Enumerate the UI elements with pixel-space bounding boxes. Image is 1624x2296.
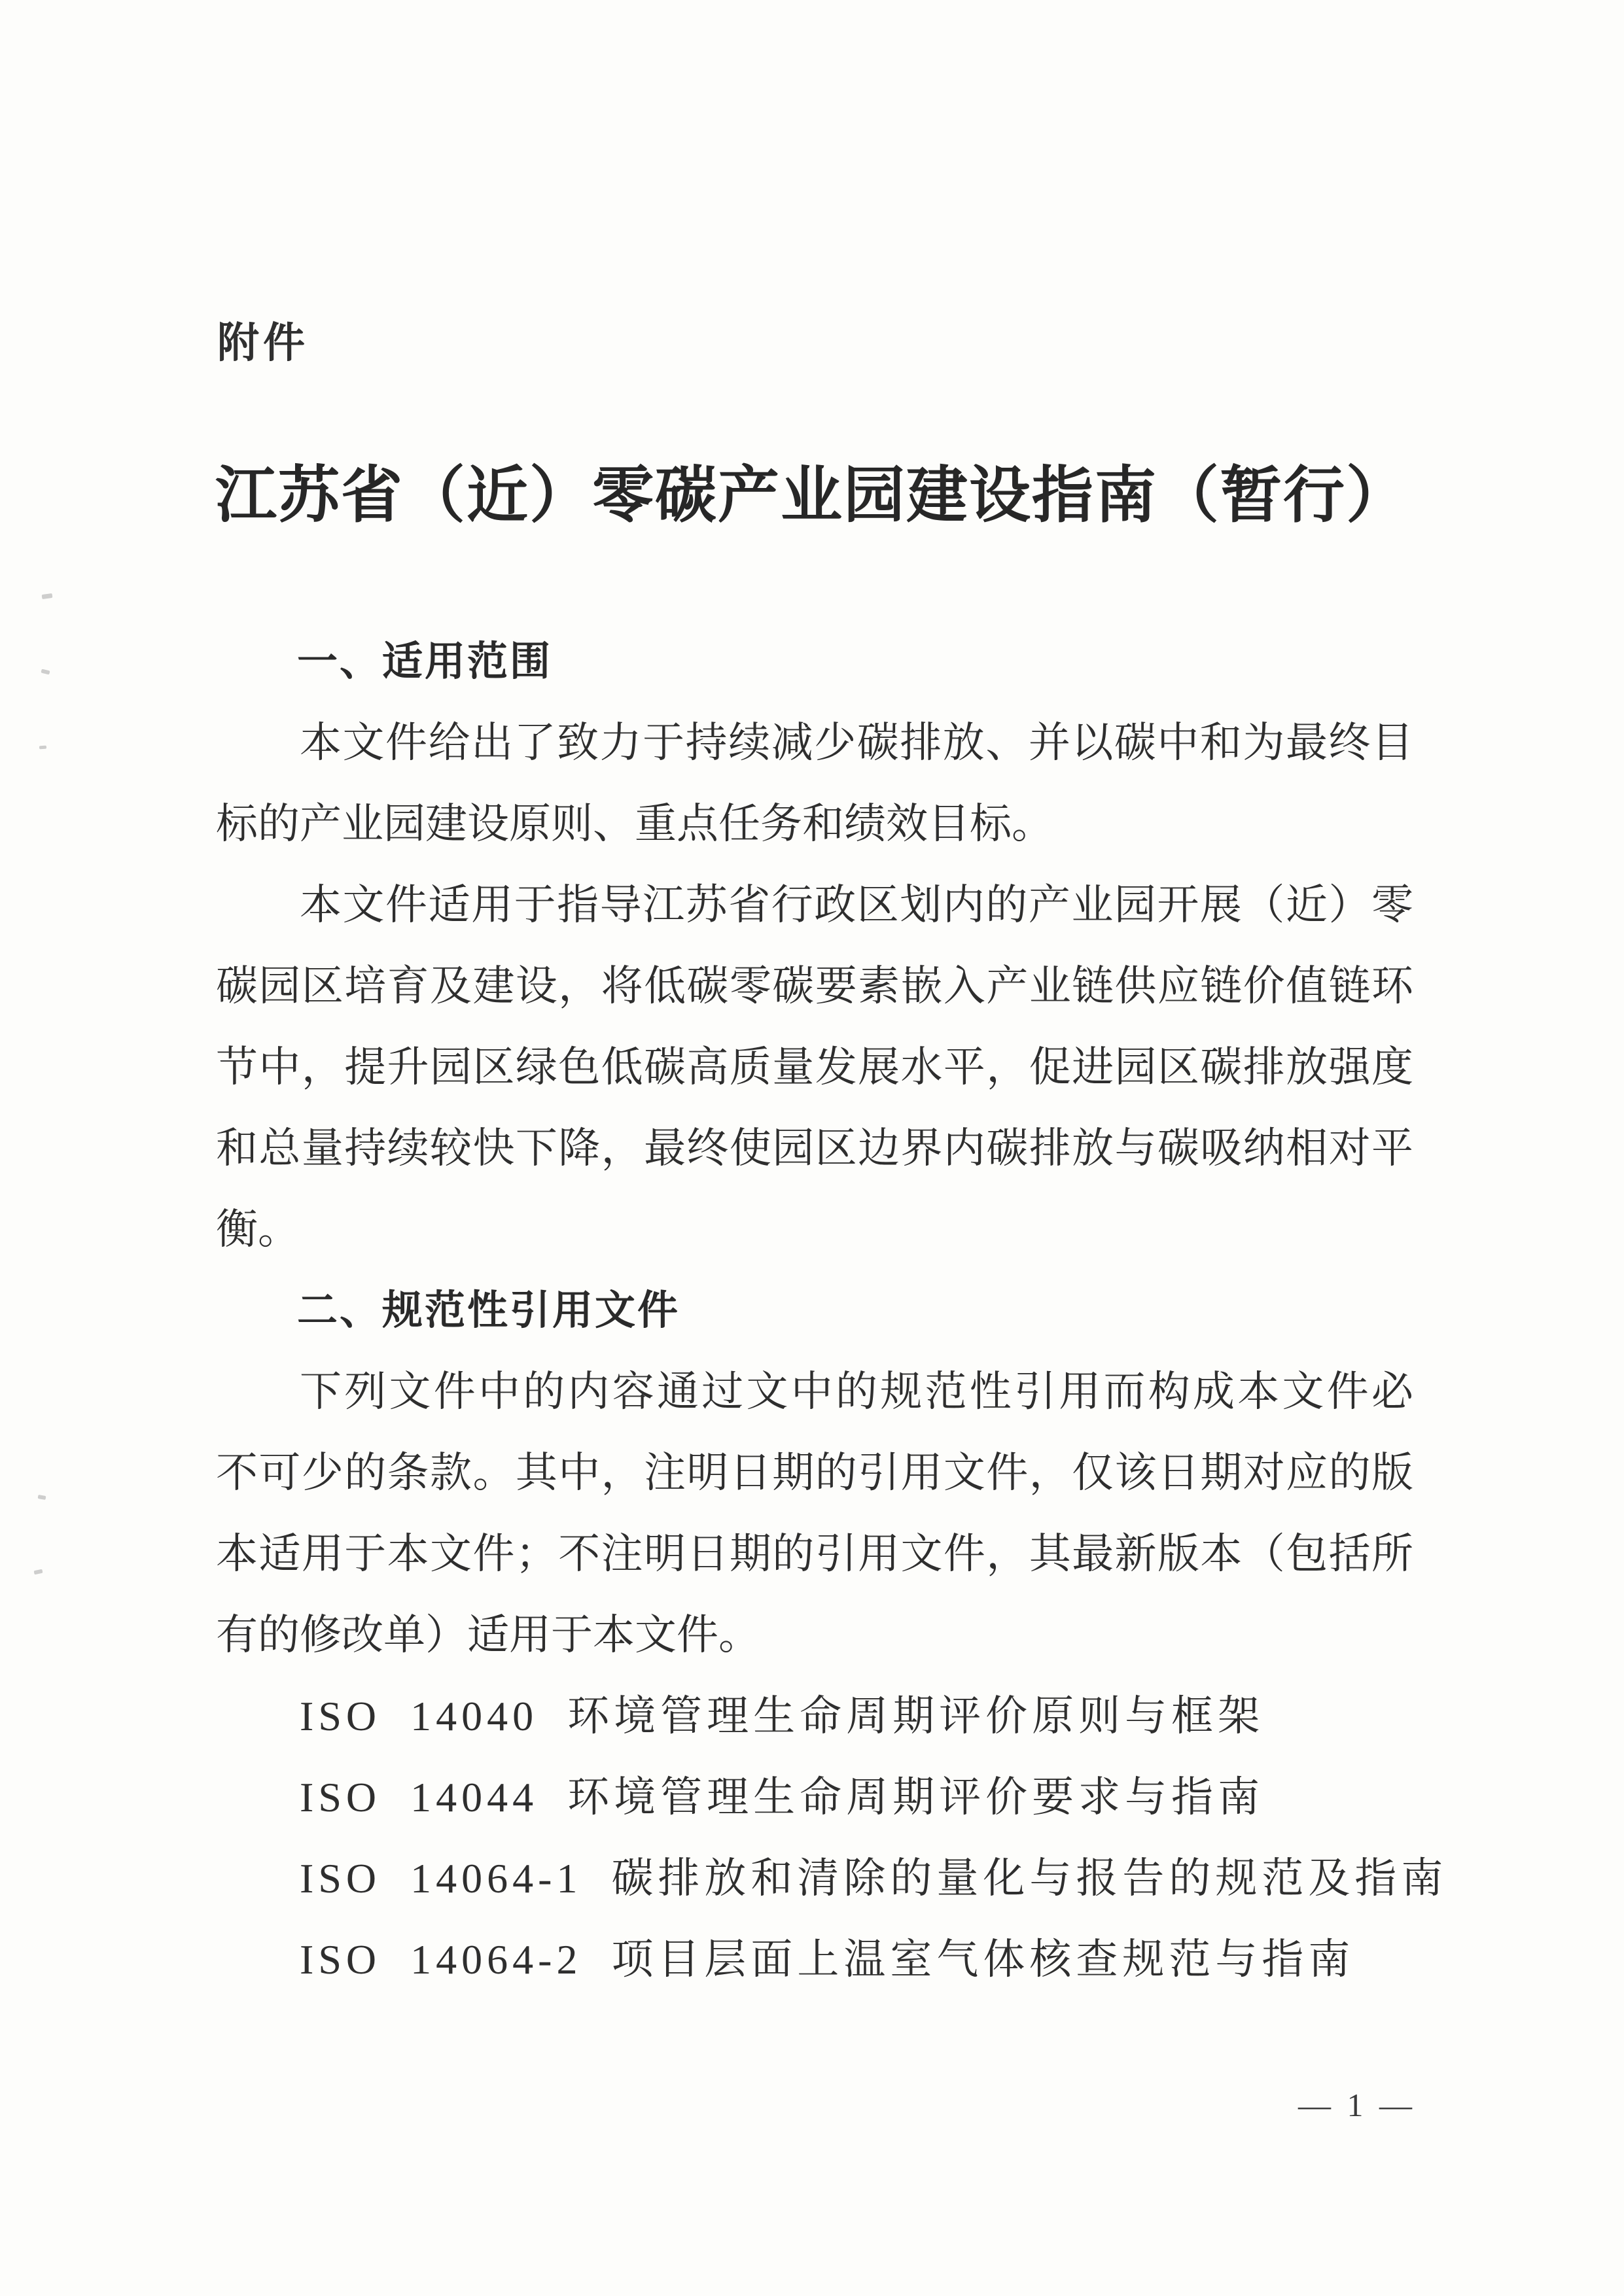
- body-line: 下列文件中的内容通过文中的规范性引用而构成本文件必: [216, 1351, 1413, 1433]
- scan-artifact: [42, 593, 53, 599]
- scan-artifact: [34, 1569, 43, 1575]
- body-line: 碳园区培育及建设，将低碳零碳要素嵌入产业链供应链价值链环: [216, 946, 1413, 1027]
- scan-artifact: [39, 746, 46, 750]
- body-line: 节中，提升园区绿色低碳高质量发展水平，促进园区碳排放强度: [216, 1027, 1413, 1108]
- document-body: 一、适用范围 本文件给出了致力于持续减少碳排放、并以碳中和为最终目 标的产业园建…: [216, 621, 1413, 2000]
- reference-item: ISO 14040 环境管理生命周期评价原则与框架: [216, 1676, 1413, 1757]
- body-line: 标的产业园建设原则、重点任务和绩效目标。: [216, 784, 1413, 865]
- body-line: 不可少的条款。其中，注明日期的引用文件，仅该日期对应的版: [216, 1433, 1413, 1514]
- section-heading-normative-references: 二、规范性引用文件: [216, 1270, 1413, 1351]
- body-line: 和总量持续较快下降，最终使园区边界内碳排放与碳吸纳相对平: [216, 1108, 1413, 1189]
- body-line: 本适用于本文件；不注明日期的引用文件，其最新版本（包括所: [216, 1514, 1413, 1595]
- document-title: 江苏省（近）零碳产业园建设指南（暂行）: [213, 453, 1411, 539]
- document-page: 附件 江苏省（近）零碳产业园建设指南（暂行） 一、适用范围 本文件给出了致力于持…: [0, 0, 1624, 2296]
- page-number: — 1 —: [1298, 2085, 1416, 2125]
- body-line: 衡。: [216, 1189, 1413, 1270]
- scan-artifact: [38, 1495, 46, 1500]
- body-line: 本文件给出了致力于持续减少碳排放、并以碳中和为最终目: [216, 703, 1413, 784]
- body-line: 本文件适用于指导江苏省行政区划内的产业园开展（近）零: [216, 865, 1413, 946]
- scan-artifact: [41, 669, 50, 675]
- body-line: 有的修改单）适用于本文件。: [216, 1595, 1413, 1676]
- reference-item: ISO 14064-2 项目层面上温室气体核查规范与指南: [216, 1919, 1413, 2000]
- reference-item: ISO 14064-1 碳排放和清除的量化与报告的规范及指南: [216, 1838, 1413, 1919]
- attachment-label: 附件: [217, 315, 309, 370]
- reference-item: ISO 14044 环境管理生命周期评价要求与指南: [216, 1757, 1413, 1838]
- section-heading-scope: 一、适用范围: [216, 621, 1413, 703]
